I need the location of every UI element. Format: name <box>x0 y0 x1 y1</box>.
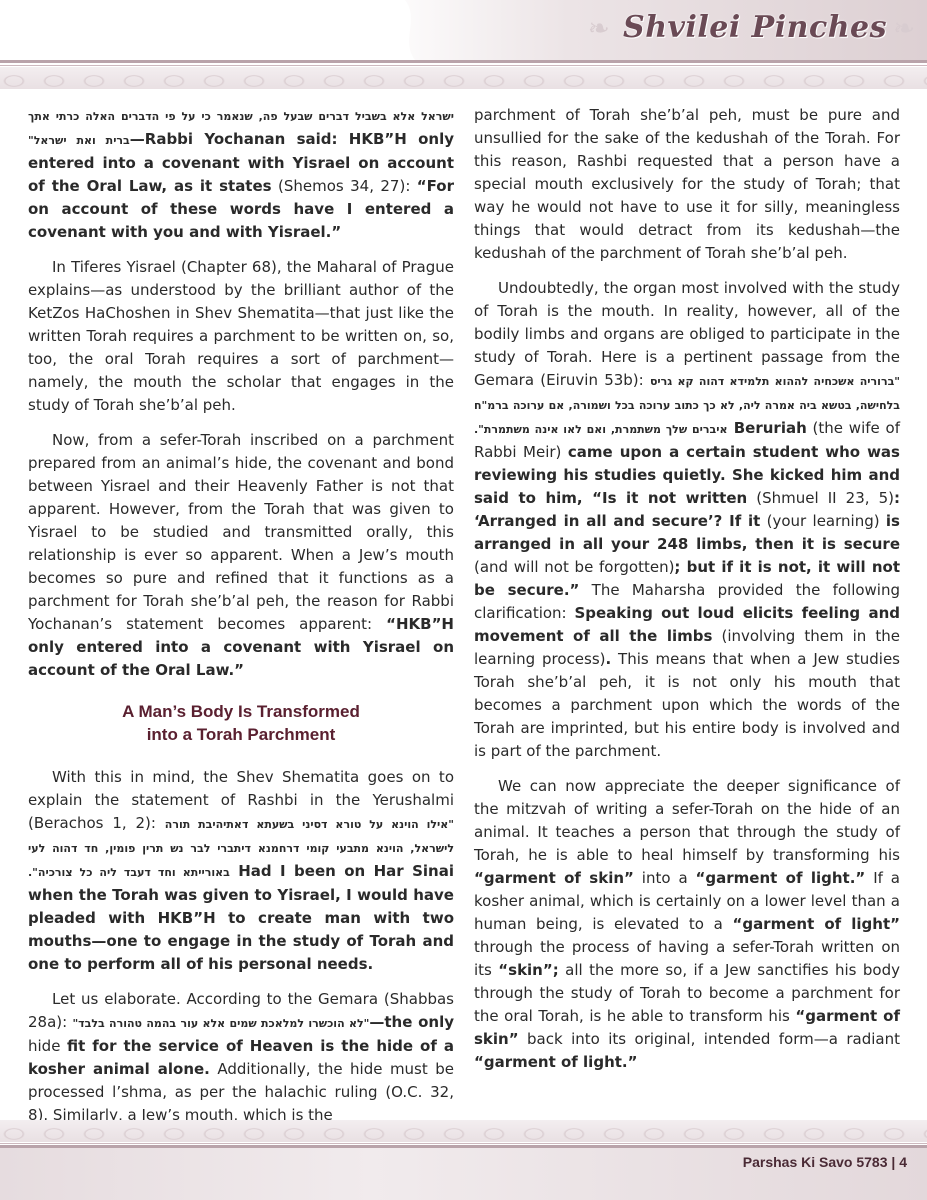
left-column: ישראל אלא בשביל דברים שבעל פה, שנאמר כי … <box>28 104 454 1139</box>
header-rule-thin <box>0 65 927 66</box>
footer-rule-thin <box>0 1143 927 1144</box>
flourish-right-icon: ❧ <box>893 14 915 44</box>
footer-ornament-border <box>0 1120 927 1142</box>
paragraph: Undoubtedly, the organ most involved wit… <box>474 277 900 763</box>
header-rule <box>0 60 927 63</box>
paragraph: parchment of Torah she’b’al peh, must be… <box>474 104 900 265</box>
paragraph: With this in mind, the Shev Shematita go… <box>28 766 454 976</box>
page-number-label: Parshas Ki Savo 5783 | 4 <box>743 1154 907 1170</box>
hebrew-quote: "לא הוכשרו למלאכת שמים אלא עור בהמה טהור… <box>72 1017 369 1030</box>
paragraph: In Tiferes Yisrael (Chapter 68), the Mah… <box>28 256 454 417</box>
paragraph: ישראל אלא בשביל דברים שבעל פה, שנאמר כי … <box>28 104 454 244</box>
paragraph: Now, from a sefer-Torah inscribed on a p… <box>28 429 454 682</box>
header-ornament-border <box>0 67 927 89</box>
section-subheading: A Man’s Body Is Transformed into a Torah… <box>28 700 454 746</box>
paragraph: Let us elaborate. According to the Gemar… <box>28 988 454 1127</box>
page-header: ❧ Shvilei Pinches ❧ <box>0 0 927 100</box>
publication-title: Shvilei Pinches <box>623 10 887 45</box>
flourish-left-icon: ❧ <box>588 14 610 44</box>
right-column: parchment of Torah she’b’al peh, must be… <box>474 104 900 1086</box>
paragraph: We can now appreciate the deeper signifi… <box>474 775 900 1074</box>
page-footer: Parshas Ki Savo 5783 | 4 <box>0 1118 927 1200</box>
